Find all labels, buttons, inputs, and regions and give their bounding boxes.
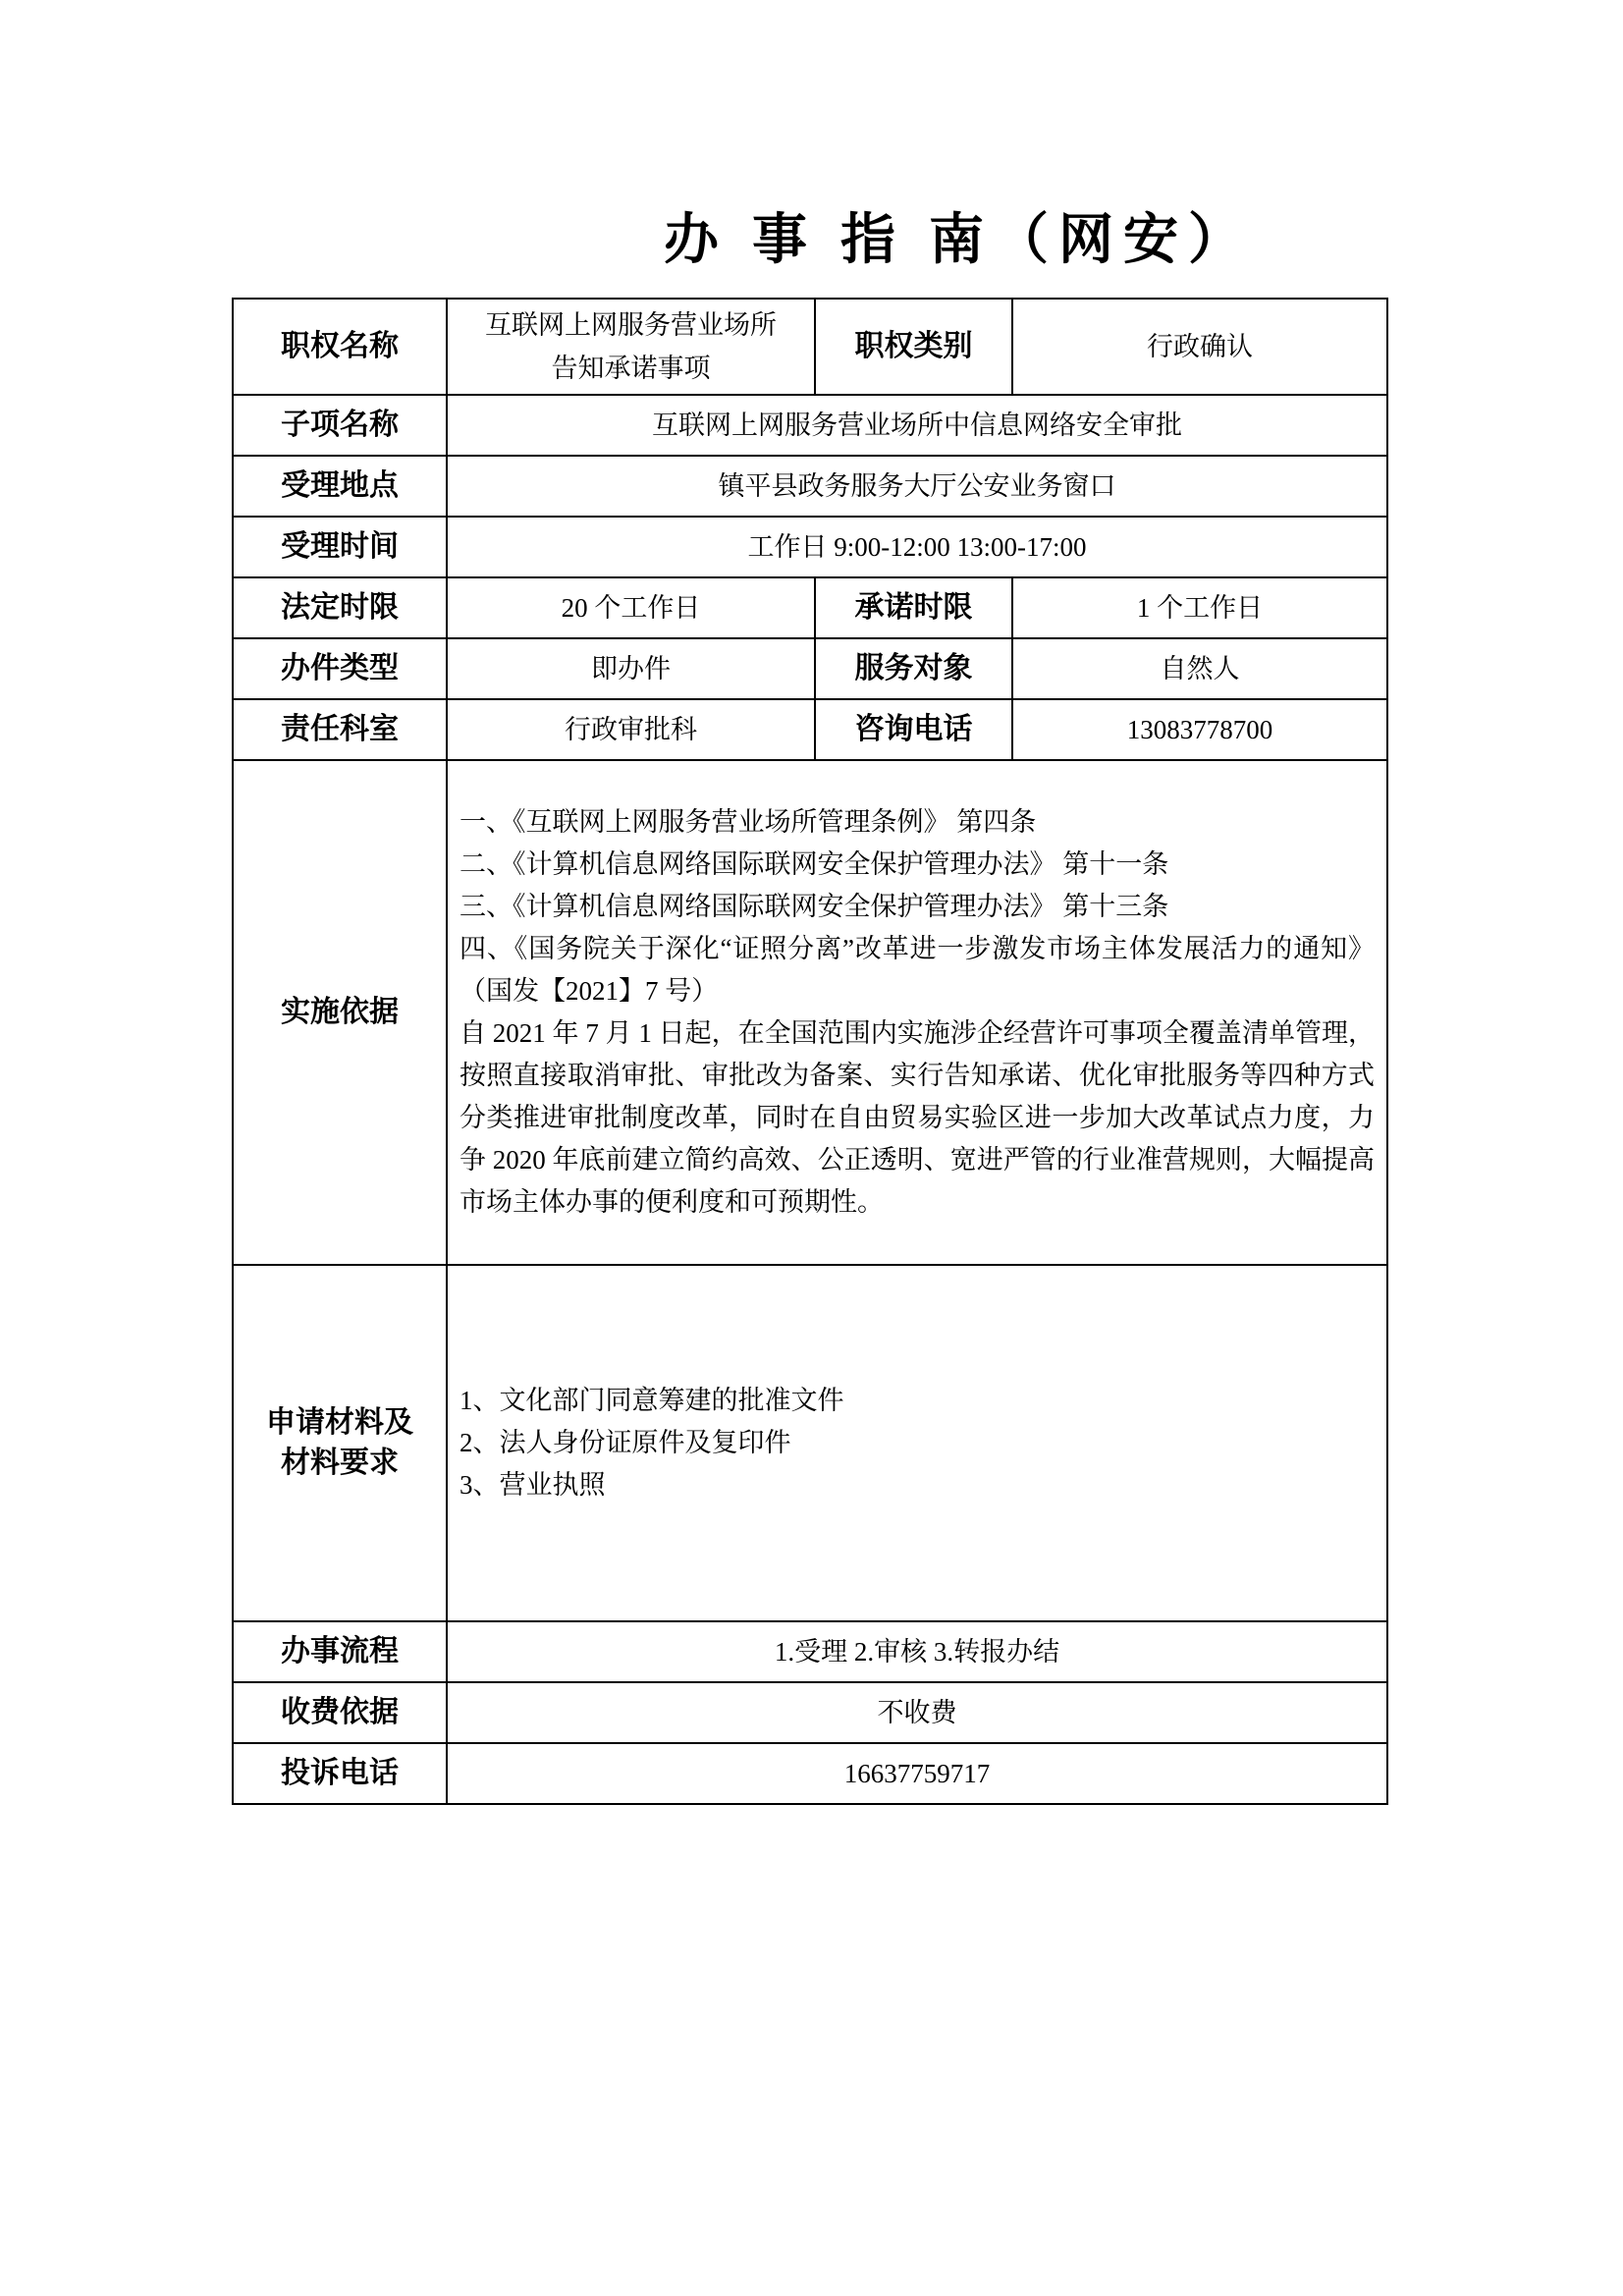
table-row: 办事流程 1.受理 2.审核 3.转报办结	[233, 1621, 1387, 1682]
authority-name-label: 职权名称	[233, 299, 447, 395]
table-row: 受理地点 镇平县政务服务大厅公安业务窗口	[233, 456, 1387, 517]
table-row: 子项名称 互联网上网服务营业场所中信息网络安全审批	[233, 395, 1387, 456]
fee-basis-label: 收费依据	[233, 1682, 447, 1743]
subitem-name-label: 子项名称	[233, 395, 447, 456]
table-row: 法定时限 20 个工作日 承诺时限 1 个工作日	[233, 577, 1387, 638]
service-target-label: 服务对象	[815, 638, 1012, 699]
complaint-phone-label: 投诉电话	[233, 1743, 447, 1804]
service-guide-table: 职权名称 互联网上网服务营业场所 告知承诺事项 职权类别 行政确认 子项名称 互…	[232, 298, 1388, 1805]
implementation-basis-cell: 一、《互联网上网服务营业场所管理条例》 第四条 二、《计算机信息网络国际联网安全…	[447, 760, 1387, 1265]
department-label: 责任科室	[233, 699, 447, 760]
accept-location-value: 镇平县政务服务大厅公安业务窗口	[447, 456, 1387, 517]
process-value: 1.受理 2.审核 3.转报办结	[447, 1621, 1387, 1682]
materials-label: 申请材料及 材料要求	[233, 1265, 447, 1621]
material-item-2: 2、法人身份证原件及复印件	[460, 1422, 1375, 1464]
table-row: 收费依据 不收费	[233, 1682, 1387, 1743]
promised-limit-value: 1 个工作日	[1012, 577, 1387, 638]
handling-type-value: 即办件	[447, 638, 815, 699]
table-row: 投诉电话 16637759717	[233, 1743, 1387, 1804]
accept-time-label: 受理时间	[233, 517, 447, 577]
document-page: 办 事 指 南（网安） 职权名称 互联网上网服务营业场所 告知承诺事项 职权类别…	[0, 0, 1623, 2296]
inquiry-phone-label: 咨询电话	[815, 699, 1012, 760]
inquiry-phone-value: 13083778700	[1012, 699, 1387, 760]
process-label: 办事流程	[233, 1621, 447, 1682]
materials-cell: 1、文化部门同意筹建的批准文件 2、法人身份证原件及复印件 3、营业执照	[447, 1265, 1387, 1621]
basis-item-1: 一、《互联网上网服务营业场所管理条例》 第四条	[460, 801, 1375, 844]
table-row: 责任科室 行政审批科 咨询电话 13083778700	[233, 699, 1387, 760]
basis-item-2: 二、《计算机信息网络国际联网安全保护管理办法》 第十一条	[460, 844, 1375, 886]
table-row: 职权名称 互联网上网服务营业场所 告知承诺事项 职权类别 行政确认	[233, 299, 1387, 395]
table-row: 办件类型 即办件 服务对象 自然人	[233, 638, 1387, 699]
department-value: 行政审批科	[447, 699, 815, 760]
promised-limit-label: 承诺时限	[815, 577, 1012, 638]
authority-type-label: 职权类别	[815, 299, 1012, 395]
material-item-3: 3、营业执照	[460, 1464, 1375, 1506]
table-row: 实施依据 一、《互联网上网服务营业场所管理条例》 第四条 二、《计算机信息网络国…	[233, 760, 1387, 1265]
implementation-basis-label: 实施依据	[233, 760, 447, 1265]
authority-type-value: 行政确认	[1012, 299, 1387, 395]
authority-name-value: 互联网上网服务营业场所 告知承诺事项	[447, 299, 815, 395]
basis-item-3: 三、《计算机信息网络国际联网安全保护管理办法》 第十三条	[460, 886, 1375, 928]
table-row: 受理时间 工作日 9:00-12:00 13:00-17:00	[233, 517, 1387, 577]
accept-location-label: 受理地点	[233, 456, 447, 517]
subitem-name-value: 互联网上网服务营业场所中信息网络安全审批	[447, 395, 1387, 456]
basis-paragraph: 自 2021 年 7 月 1 日起，在全国范围内实施涉企经营许可事项全覆盖清单管…	[460, 1012, 1375, 1224]
statutory-limit-value: 20 个工作日	[447, 577, 815, 638]
complaint-phone-value: 16637759717	[447, 1743, 1387, 1804]
statutory-limit-label: 法定时限	[233, 577, 447, 638]
table-row: 申请材料及 材料要求 1、文化部门同意筹建的批准文件 2、法人身份证原件及复印件…	[233, 1265, 1387, 1621]
basis-item-4: 四、《国务院关于深化“证照分离”改革进一步激发市场主体发展活力的通知》（国发【2…	[460, 928, 1375, 1012]
service-target-value: 自然人	[1012, 638, 1387, 699]
fee-basis-value: 不收费	[447, 1682, 1387, 1743]
handling-type-label: 办件类型	[233, 638, 447, 699]
accept-time-value: 工作日 9:00-12:00 13:00-17:00	[447, 517, 1387, 577]
page-title: 办 事 指 南（网安）	[664, 196, 1253, 275]
material-item-1: 1、文化部门同意筹建的批准文件	[460, 1380, 1375, 1422]
